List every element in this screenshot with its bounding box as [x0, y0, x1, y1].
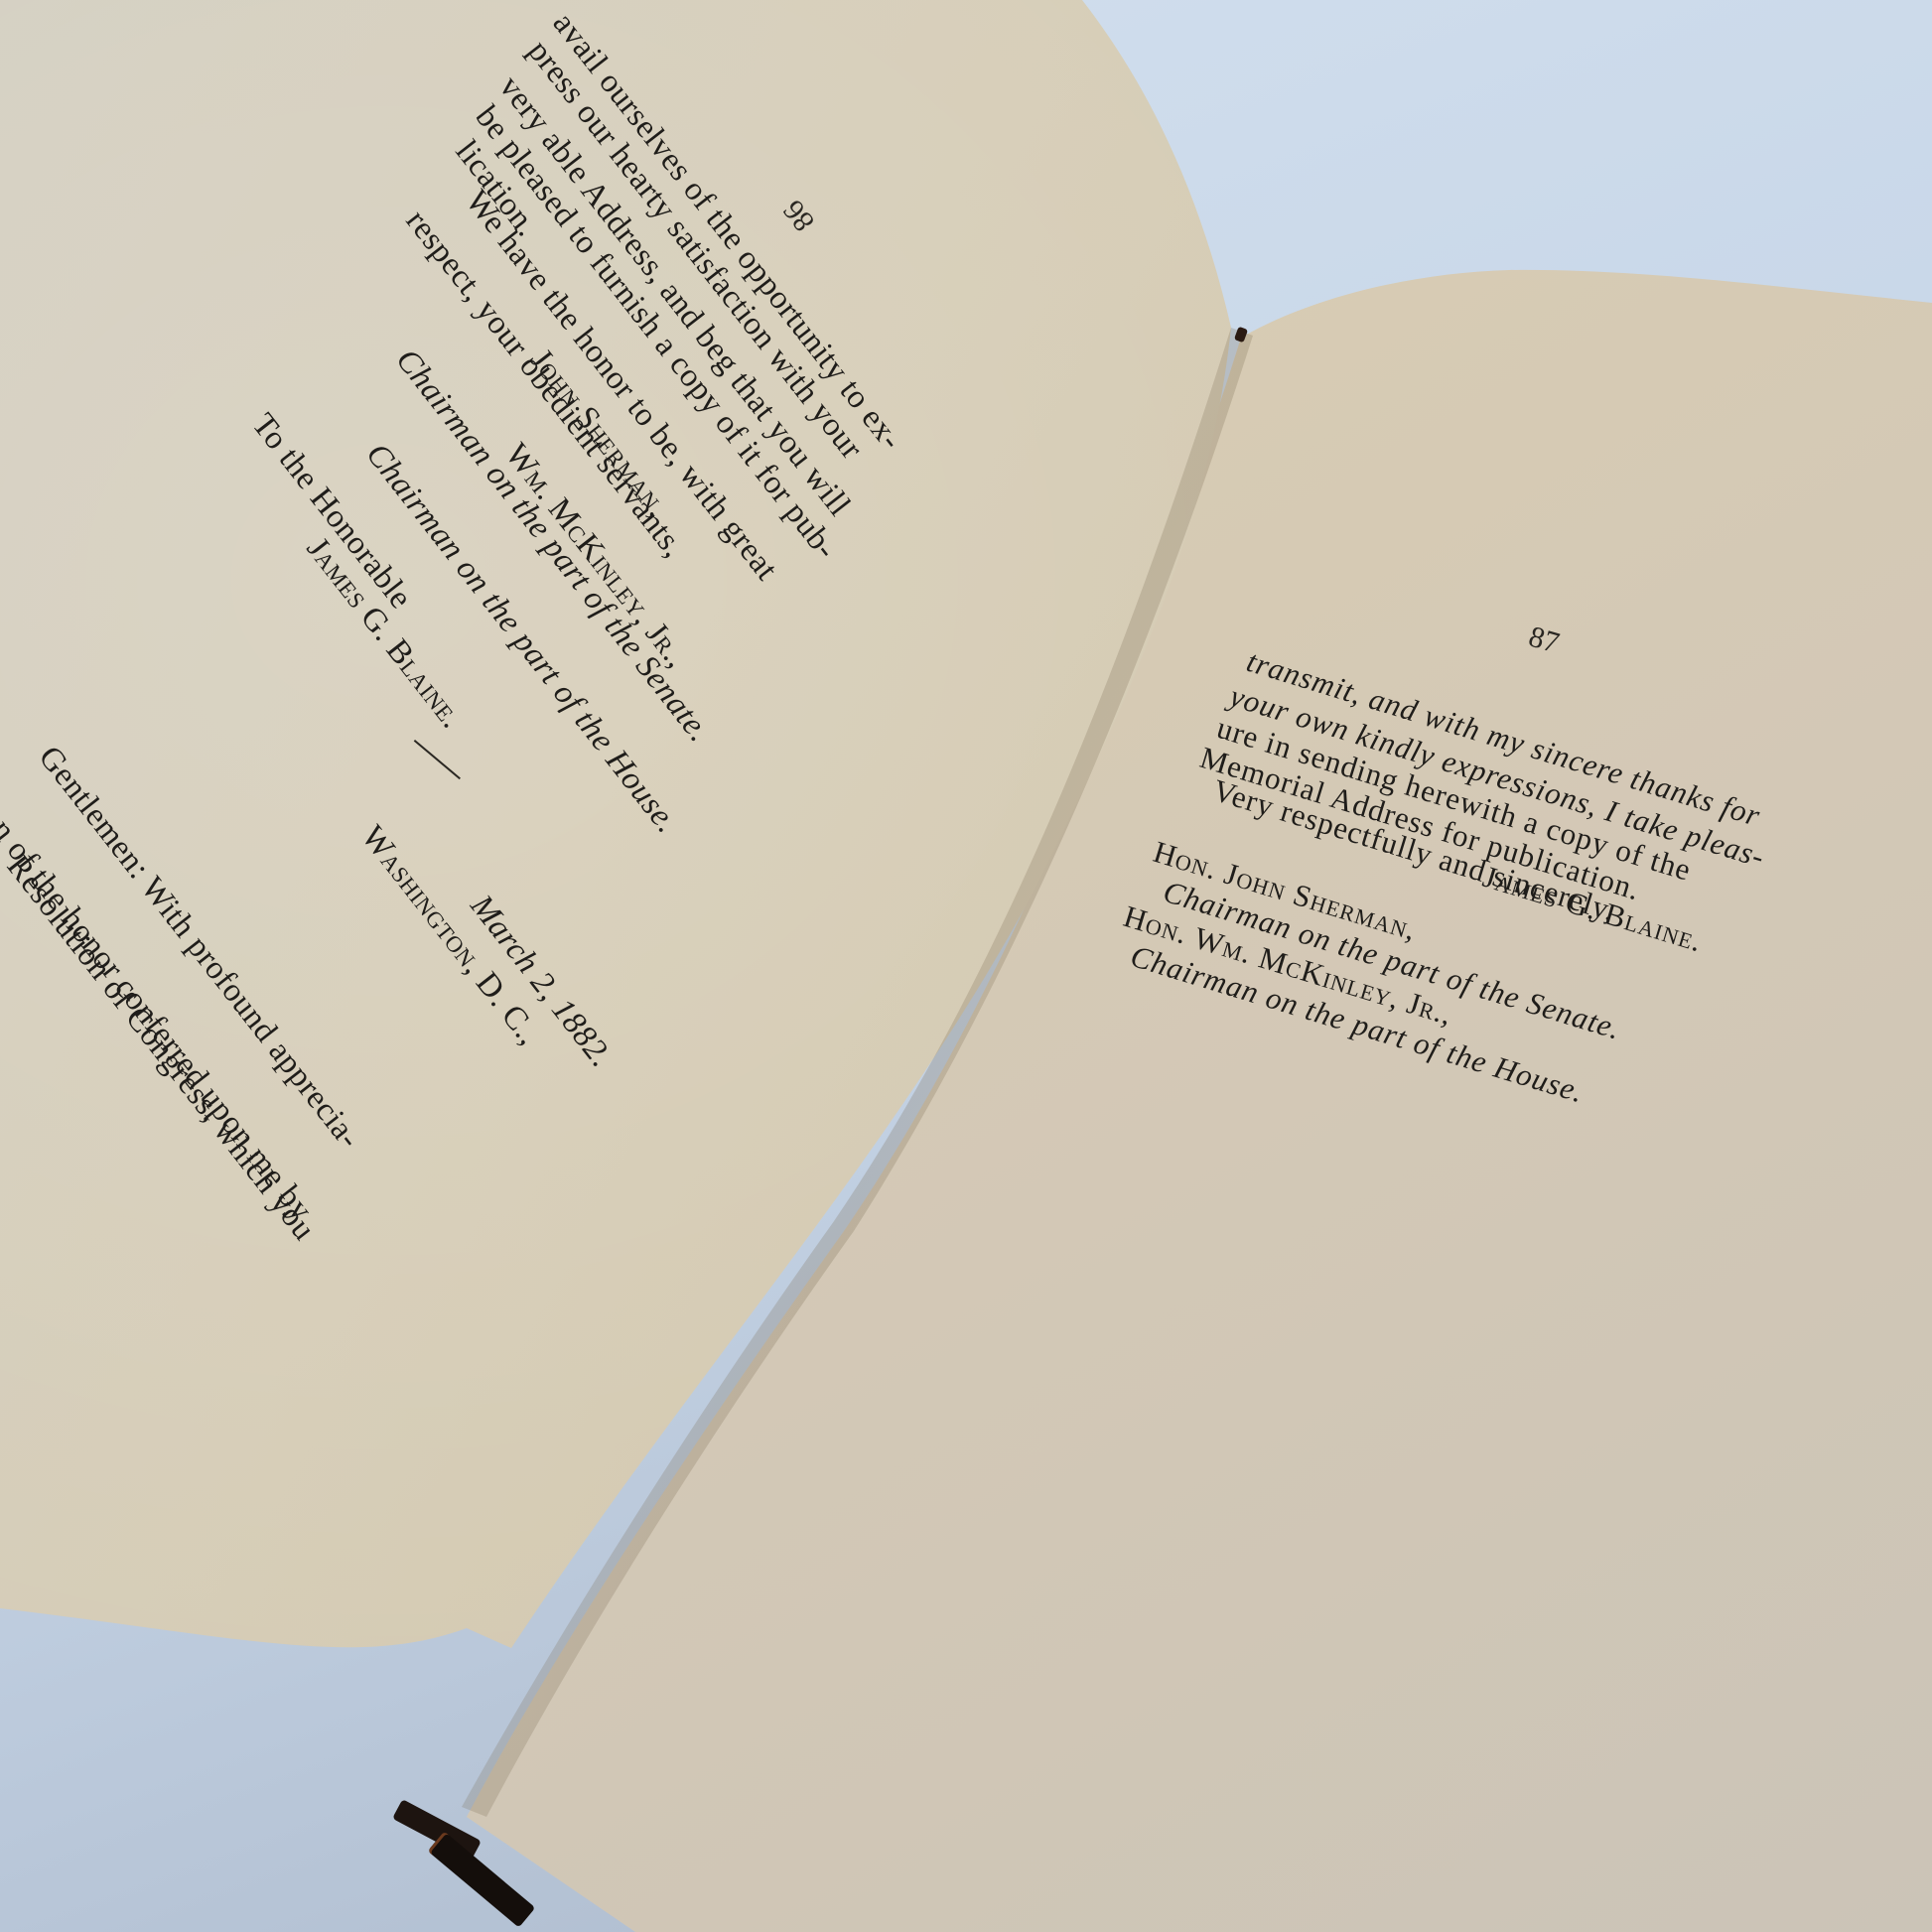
- book-photo: 86 avail ourselves of the opportunity to…: [0, 0, 1932, 1932]
